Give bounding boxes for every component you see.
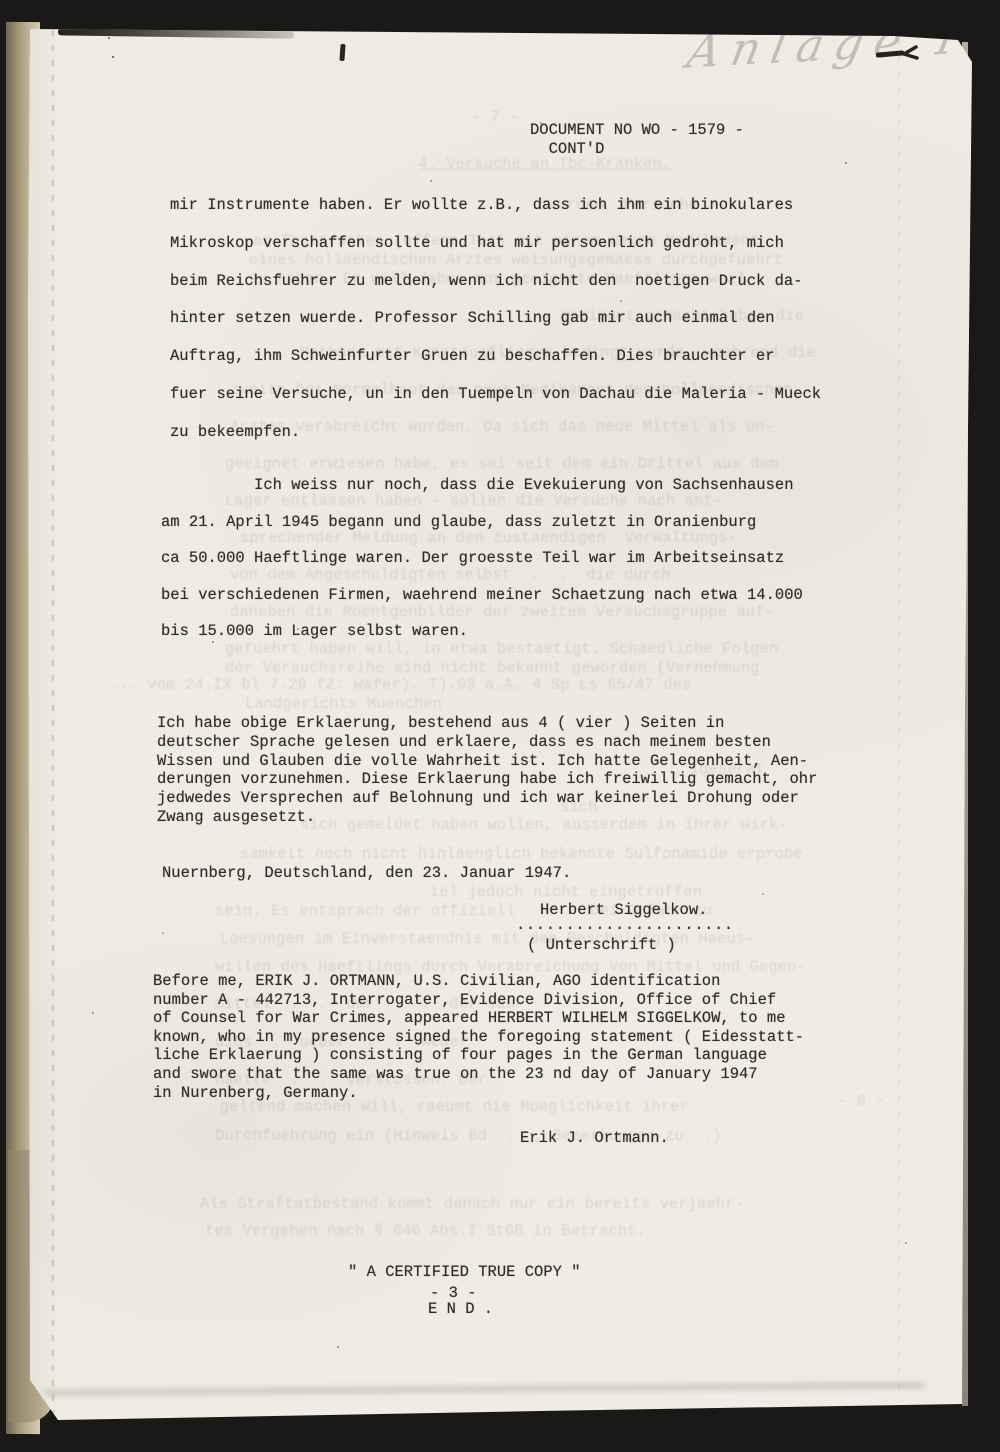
bleed-through-line: samkeit noch nicht hinlaenglich bekannte… (240, 845, 803, 863)
paper-specks (0, 0, 2, 2)
bleed-through-line: iel jedoch nicht eingetroffen (430, 883, 702, 901)
notary-name: Erik J. Ortmann. (520, 1129, 669, 1147)
place-date-line: Nuernberg, Deutschland, den 23. Januar 1… (162, 864, 571, 882)
signature-caption: ( Unterschrift ) (527, 936, 676, 954)
scanned-document: - 7 -4. Versuche an Tbc-Kranken.wurden, … (0, 0, 1000, 1452)
bleed-through-line: Als Straftatbestand kommt danach nur ein… (200, 1195, 744, 1213)
statement-paragraph-1: mir Instrumente haben. Er wollte z.B., d… (170, 187, 821, 452)
bleed-through-line: - 7 - (472, 108, 519, 126)
bleed-through-line: ... vom 24.IX bl 7.29 fZ: Wafer). T).93 … (110, 676, 692, 694)
bleed-through-line: - 8 - (838, 1092, 885, 1110)
ink-tick-mark (339, 44, 345, 61)
vertical-crease-right (898, 40, 900, 1398)
bottom-crease (45, 1382, 925, 1396)
statement-paragraph-2: Ich weiss nur noch, dass die Evekuierung… (161, 467, 803, 650)
end-mark: E N D . (428, 1300, 493, 1318)
certified-true-copy-line: " A CERTIFIED TRUE COPY " (348, 1263, 581, 1281)
bleed-through-line: Landgerichts Muenchen (245, 695, 442, 713)
bleed-through-line: der Versuchsreihe sind nicht bekannt gew… (225, 659, 760, 677)
document-number-header: DOCUMENT NO WO - 1579 - CONT'D (530, 121, 744, 159)
handwritten-annotation: Anlage I (683, 10, 971, 78)
ink-smear (58, 28, 294, 38)
signature-dotted-line: ...................... (516, 916, 734, 934)
vertical-crease-left (52, 30, 54, 1418)
declaration-paragraph: Ich habe obige Erklaerung, bestehend aus… (157, 714, 817, 827)
bleed-through-line: tes Vergehen nach § 640 Abs.I StGB in Be… (205, 1222, 646, 1240)
paper-sheet: - 7 -4. Versuche an Tbc-Kranken.wurden, … (0, 0, 1000, 1452)
notary-affidavit-paragraph: Before me, ERIK J. ORTMANN, U.S. Civilia… (153, 972, 804, 1102)
